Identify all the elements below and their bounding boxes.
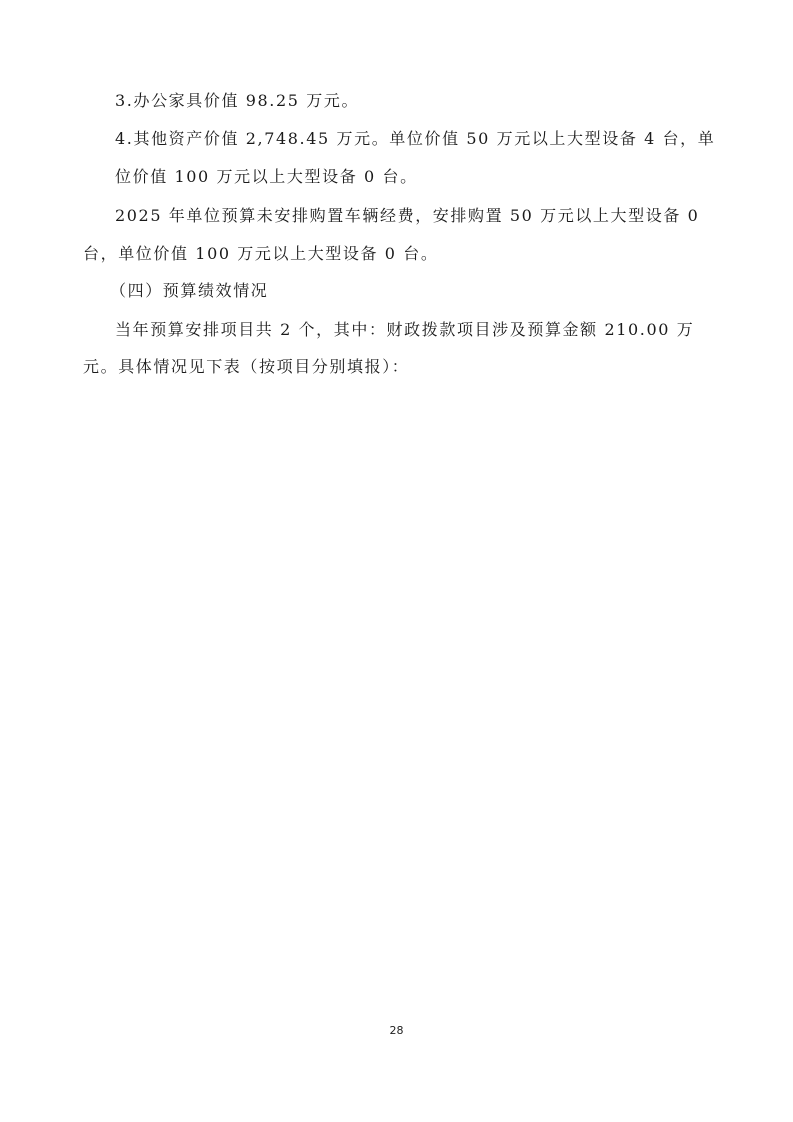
section-heading-performance: （四）预算绩效情况 (110, 281, 268, 301)
paragraph-other-assets: 4.其他资产价值 2,748.45 万元。单位价值 50 万元以上大型设备 4 … (115, 129, 715, 149)
document-page: 3.办公家具价值 98.25 万元。 4.其他资产价值 2,748.45 万元。… (0, 0, 793, 1122)
paragraph-purchase-plan-cont: 台，单位价值 100 万元以上大型设备 0 台。 (83, 244, 438, 264)
paragraph-projects-cont: 元。具体情况见下表（按项目分别填报）： (83, 357, 409, 377)
page-number: 28 (0, 1024, 793, 1037)
paragraph-purchase-plan: 2025 年单位预算未安排购置车辆经费，安排购置 50 万元以上大型设备 0 (115, 206, 699, 226)
paragraph-projects: 当年预算安排项目共 2 个，其中：财政拨款项目涉及预算金额 210.00 万 (115, 320, 694, 340)
paragraph-other-assets-cont: 位价值 100 万元以上大型设备 0 台。 (115, 167, 418, 187)
paragraph-office-furniture: 3.办公家具价值 98.25 万元。 (115, 91, 359, 111)
